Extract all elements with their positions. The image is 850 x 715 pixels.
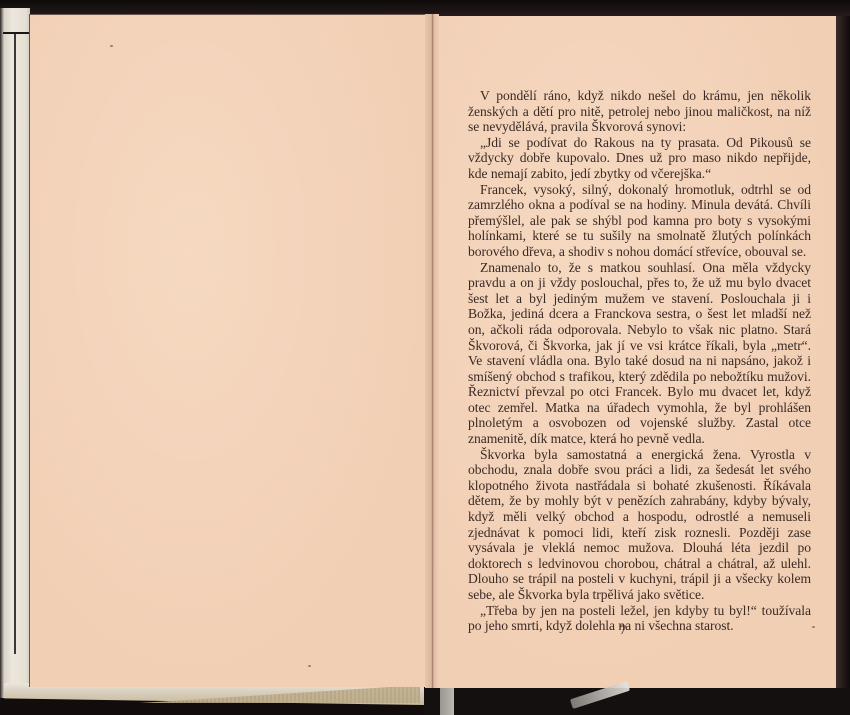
gutter-fold-line [432,14,433,688]
left-page-blank [29,14,430,687]
bookmark-ribbon-edge [440,688,454,715]
right-page-edge-shadow [836,16,850,688]
paragraph: Škvorka byla samostatná a energická žena… [468,447,811,603]
page-body-text: V pondělí ráno, když nikdo nešel do krám… [468,88,811,634]
paper-speck [110,45,113,47]
paragraph: V pondělí ráno, když nikdo nešel do krám… [468,88,811,135]
paragraph: „Jdi se podívat do Rakous na ty prasata.… [468,135,811,182]
paragraph: „Třeba by jen na posteli ležel, jen kdyb… [468,603,811,634]
cover-spine-line [14,34,16,654]
paper-speck [812,626,815,628]
page-number: 7 [618,622,628,638]
bottom-background [424,688,850,715]
cover-edge-line [3,32,31,34]
paragraph: Francek, vysoký, silný, dokonalý hromotl… [468,182,811,260]
paper-speck [308,665,311,667]
paragraph: Znamenalo to, že s matkou souhlasí. Ona … [468,260,811,447]
